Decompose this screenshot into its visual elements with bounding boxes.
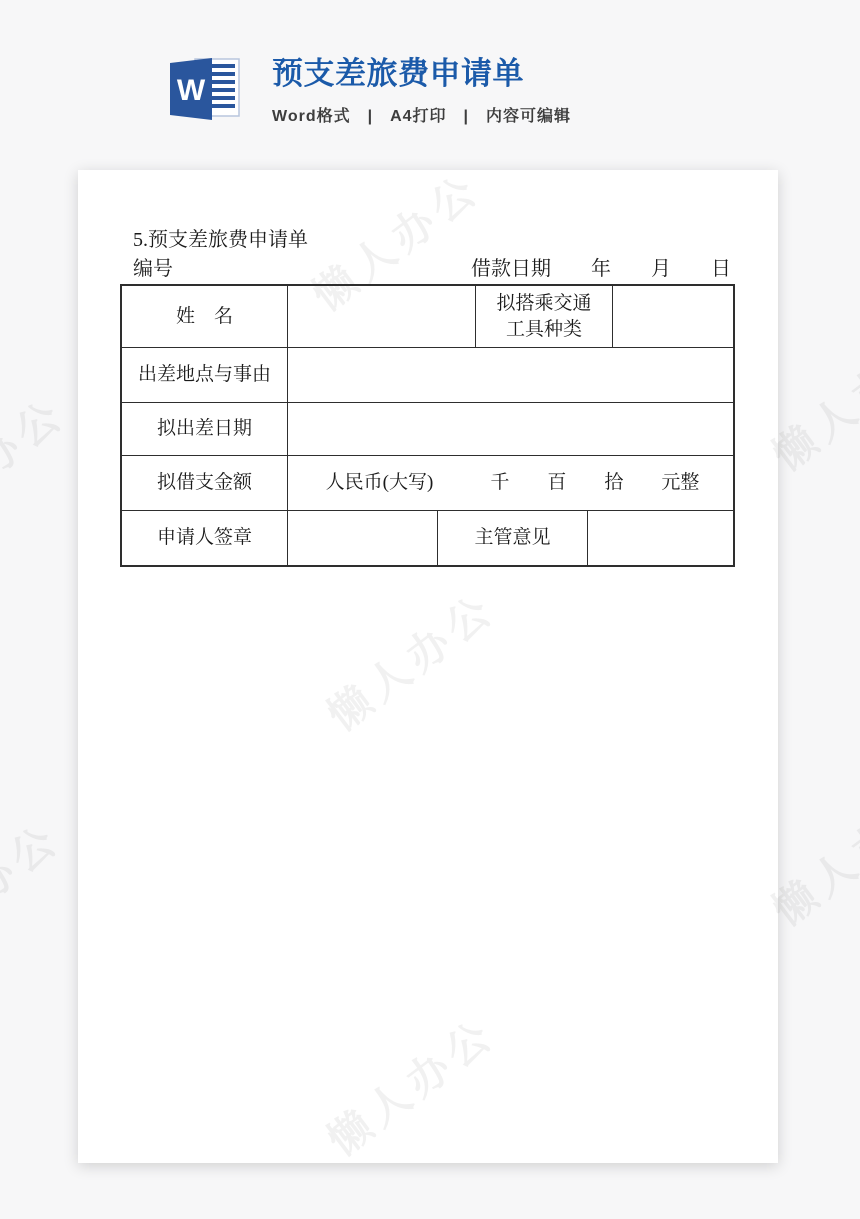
applicant-signature-label-cell: 申请人签章: [122, 511, 287, 565]
header: W 预支差旅费申请单 Word格式 | A4打印 | 内容可编辑: [170, 57, 571, 126]
name-label-cell: 姓 名: [122, 286, 287, 347]
form-table-row: 申请人签章主管意见: [122, 510, 733, 565]
template-title: 预支差旅费申请单: [272, 57, 571, 91]
form-table-row: 姓 名拟搭乘交通 工具种类: [122, 286, 733, 347]
form-table-row: 出差地点与事由: [122, 347, 733, 402]
form-table: 姓 名拟搭乘交通 工具种类出差地点与事由拟出差日期拟借支金额人民币(大写) 千 …: [120, 284, 735, 567]
doc-heading: 5.预支差旅费申请单: [133, 225, 731, 255]
watermark-text: 懒人办公: [0, 807, 71, 973]
destination-value-cell: [287, 348, 737, 402]
borrow-amount-value-cell: 人民币(大写) 千 百 拾 元整: [287, 456, 737, 510]
form-table-row: 拟出差日期: [122, 402, 733, 455]
word-logo-letter: W: [177, 74, 206, 107]
name-value-cell: [287, 286, 475, 347]
word-logo-icon: W: [170, 57, 242, 121]
supervisor-opinion-value-cell: [587, 511, 737, 565]
doc-number-label: 编号: [133, 255, 173, 283]
form-table-row: 拟借支金额人民币(大写) 千 百 拾 元整: [122, 455, 733, 510]
document-page: 5.预支差旅费申请单 编号 借款日期 年 月 日 姓 名拟搭乘交通 工具种类出差…: [78, 170, 778, 1163]
watermark-text: 懒人办公: [0, 382, 76, 548]
doc-meta-line: 编号 借款日期 年 月 日: [133, 255, 731, 283]
borrow-amount-label-cell: 拟借支金额: [122, 456, 287, 510]
travel-date-label-cell: 拟出差日期: [122, 403, 287, 455]
header-text: 预支差旅费申请单 Word格式 | A4打印 | 内容可编辑: [272, 57, 571, 126]
transport-label-cell: 拟搭乘交通 工具种类: [475, 286, 612, 347]
doc-borrow-date-line: 借款日期 年 月 日: [471, 255, 731, 283]
travel-date-value-cell: [287, 403, 737, 455]
transport-value-cell: [612, 286, 737, 347]
supervisor-opinion-label-cell: 主管意见: [437, 511, 587, 565]
applicant-signature-value-cell: [287, 511, 437, 565]
template-subtitle: Word格式 | A4打印 | 内容可编辑: [272, 103, 571, 126]
destination-label-cell: 出差地点与事由: [122, 348, 287, 402]
